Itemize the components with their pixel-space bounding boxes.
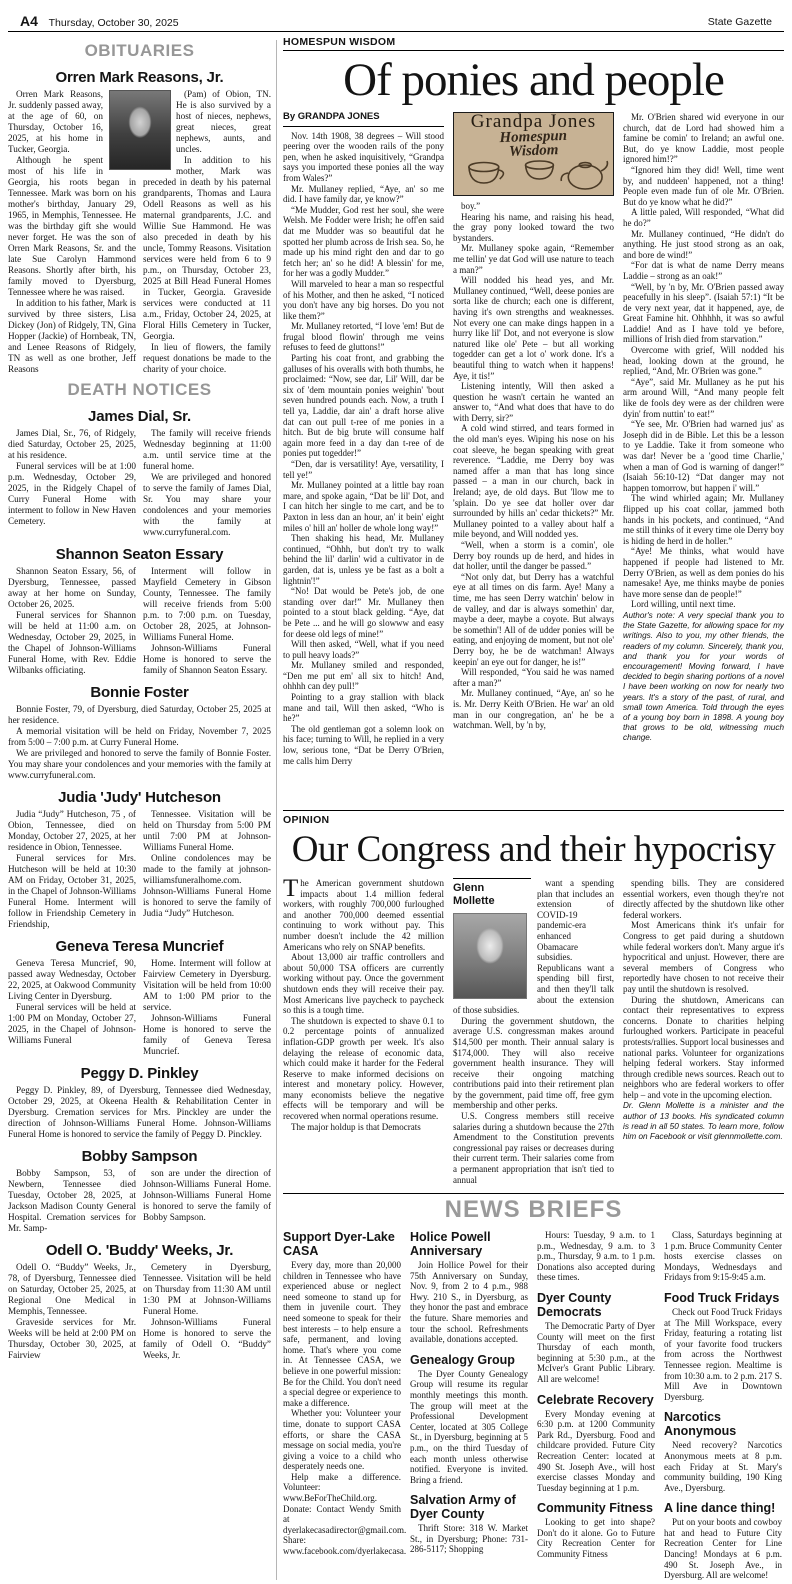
brief-item: Genealogy Group The Dyer County Genealog… [410,1353,528,1486]
paragraph: The American government shutdown impacts… [283,878,444,952]
paragraph: Mr. Mullaney retorted, “I love 'em! But … [283,321,444,353]
paragraph: Odell O. “Buddy” Weeks, Jr., 78, of Dyer… [8,1262,136,1317]
homespun-article: By GRANDPA JONES Nov. 14th 1908, 38 degr… [283,112,784,804]
opinion-article: The American government shutdown impacts… [283,878,784,1186]
opinion-text: spending bills. They are considered esse… [623,878,784,1100]
issue-date: Thursday, October 30, 2025 [49,17,179,29]
brief-item: A line dance thing! Put on your boots an… [664,1501,782,1581]
paragraph: Judia “Judy” Hutcheson, 75 , of Obion, T… [8,809,136,853]
paragraph: “Ye see, Mr. O'Brien had warned jus' as … [623,419,784,493]
news-briefs-section-title: NEWS BRIEFS [283,1196,784,1224]
brief-heading: Support Dyer-Lake CASA [283,1230,401,1258]
notice-odell-weeks: Odell O. 'Buddy' Weeks, Jr. Odell O. “Bu… [8,1242,271,1361]
byline-first-name: Glenn [453,882,484,894]
notice-text-column: James Dial, Sr., 76, of Ridgely, died Sa… [8,428,136,538]
notice-name: Judia 'Judy' Hutcheson [8,789,271,806]
paragraph: “Den, dar is versatility! Aye, versatili… [283,459,444,480]
brief-text: The Democratic Party of Dyer County will… [537,1321,655,1385]
paragraph: Will marveled to hear a man so respectfu… [283,279,444,321]
masthead-rule [8,31,784,32]
paragraph: A memorial visitation will be held on Fr… [8,726,271,748]
brief-item: Food Truck Fridays Check out Food Truck … [664,1291,782,1402]
paragraph: A little paled, Will responded, “What di… [623,207,784,228]
opinion-column-2: Glenn Mollette want a spending plan that… [453,878,614,1186]
homespun-text: Nov. 14th 1908, 38 degrees – Will stood … [283,131,444,767]
notice-text-column: Geneva Teresa Muncrief, 90, passed away … [8,958,136,1057]
brief-item: Holice Powell Anniversary Join Hollice P… [410,1230,528,1345]
paragraph: During the government shutdown, the aver… [453,1016,614,1111]
brief-item: Class, Saturdays beginning at 1 p.m. Bru… [664,1230,782,1283]
homespun-column-2: Grandpa Jones Homespun Wisdom boy.”Heari… [453,112,614,804]
brief-text: The Dyer County Genealogy Group will res… [410,1369,528,1486]
paragraph: Mr. Mullaney replied, “Aye, an' so me di… [283,184,444,205]
paragraph: “Aye! Me thinks, what would have happene… [623,546,784,599]
paragraph: Mr. O'Brien shared wid everyone in our c… [623,112,784,165]
brief-item: Community Fitness Looking to get into sh… [537,1501,655,1559]
paper-name: State Gazette [708,16,772,28]
paragraph: Every Monday evening at 6:30 p.m. at 120… [537,1409,655,1494]
obituary-orren-reasons: Orren Mark Reasons, Jr. Orren Mark Reaso… [8,69,271,375]
paragraph: “Not only dat, but Derry has a watchful … [453,572,614,667]
paragraph: Johnson-Williams Funeral Home is honored… [143,1317,271,1361]
paragraph: In addition to his mother, Mark was prec… [143,155,271,342]
paragraph: Check out Food Truck Fridays at The Mill… [664,1307,782,1402]
paragraph: During the shutdown, Americans can conta… [623,995,784,1101]
paragraph: Class, Saturdays beginning at 1 p.m. Bru… [664,1230,782,1283]
obituaries-section-title: OBITUARIES [8,41,271,61]
notice-name: Odell O. 'Buddy' Weeks, Jr. [8,1242,271,1259]
death-notices-section-title: DEATH NOTICES [8,380,271,400]
opinion-byline: Glenn Mollette [453,878,531,908]
main-content: HOMESPUN WISDOM Of ponies and people By … [283,36,784,1582]
paragraph: Listening intently, Will then asked a qu… [453,381,614,423]
notice-text-column: Bobby Sampson, 53, of Newbern, Tennessee… [8,1168,136,1234]
brief-heading: Food Truck Fridays [664,1291,782,1305]
brief-item: Hours: Tuesday, 9 a.m. to 1 p.m., Wednes… [537,1230,655,1283]
homespun-headline: Of ponies and people [283,54,784,106]
graphic-title: Grandpa Jones [454,117,613,128]
brief-heading: Holice Powell Anniversary [410,1230,528,1258]
paragraph: Parting his coat front, and grabbing the… [283,353,444,459]
paragraph: A cold wind stirred, and tears formed in… [453,423,614,540]
opinion-headline: Our Congress and their hypocrisy [283,829,784,871]
paragraph: We are privileged and honored to serve t… [143,472,271,538]
paragraph: Put on your boots and cowboy hat and hea… [664,1517,782,1581]
briefs-column-1: Support Dyer-Lake CASA Every day, more t… [283,1230,401,1582]
paragraph: Need recovery? Narcotics Anonymous meets… [664,1440,782,1493]
paragraph: “Me Mudder, God rest her soul, she were … [283,205,444,279]
paragraph: spending bills. They are considered esse… [623,878,784,920]
notice-name: Bobby Sampson [8,1148,271,1165]
paragraph: Most Americans think it's unfair for Con… [623,920,784,994]
paragraph: Lord willing, until next time. [623,599,784,610]
brief-text: Need recovery? Narcotics Anonymous meets… [664,1440,782,1493]
notice-geneva-muncrief: Geneva Teresa Muncrief Geneva Teresa Mun… [8,938,271,1057]
paragraph: Will then asked, “Well, what if you need… [283,639,444,660]
homespun-column-3: Mr. O'Brien shared wid everyone in our c… [623,112,784,804]
notice-text: Bonnie Foster, 79, of Dyersburg, died Sa… [8,704,271,781]
notice-text-column: Tennessee. Visitation will be held on Th… [143,809,271,930]
paragraph: Johnson-Williams Funeral Home is honored… [143,1013,271,1057]
notice-text-column: Home. Interment will follow at Fairview … [143,958,271,1057]
glenn-mollette-headshot-photo [453,913,527,999]
graphic-subtitle: Homespun Wisdom [454,127,614,161]
paragraph: The Dyer County Genealogy Group will res… [410,1369,528,1486]
paragraph: Home. Interment will follow at Fairview … [143,958,271,1013]
notice-text-column: Cemetery in Dyersburg, Tennessee. Visita… [143,1262,271,1361]
notice-text: Peggy D. Pinkley, 89, of Dyersburg, Tenn… [8,1085,271,1140]
paragraph: Every day, more than 20,000 children in … [283,1260,401,1408]
paragraph: Mr. Mullaney smiled and responded, “Den … [283,660,444,692]
paragraph: Mr. Mullaney spoke again, “Remember me t… [453,243,614,275]
graphic-subtitle-line2: Wisdom [509,142,559,160]
byline-last-name: Mollette [453,895,495,907]
brief-text: Check out Food Truck Fridays at The Mill… [664,1307,782,1402]
news-briefs: Support Dyer-Lake CASA Every day, more t… [283,1230,784,1582]
paragraph: Interment will follow in Mayfield Cemete… [143,566,271,643]
paragraph: Join Hollice Powel for their 75th Annive… [410,1260,528,1345]
masthead: A4 Thursday, October 30, 2025 State Gaze… [20,13,772,29]
brief-item: Celebrate Recovery Every Monday evening … [537,1393,655,1494]
paragraph: Graveside services for Mr. Weeks will be… [8,1317,136,1361]
paragraph: Geneva Teresa Muncrief, 90, passed away … [8,958,136,1002]
paragraph: Bonnie Foster, 79, of Dyersburg, died Sa… [8,704,271,726]
brief-heading: Community Fitness [537,1501,655,1515]
paragraph: Johnson-Williams Funeral Home is honored… [143,643,271,676]
brief-heading: Celebrate Recovery [537,1393,655,1407]
paragraph: The family will receive friends Wednesda… [143,428,271,472]
notice-shannon-essary: Shannon Seaton Essary Shannon Seaton Ess… [8,546,271,676]
paragraph: Overcome with grief, Will nodded his hea… [623,345,784,377]
brief-item: Narcotics Anonymous Need recovery? Narco… [664,1410,782,1493]
paragraph: “Well, by 'n by, Mr. O'Brien passed away… [623,282,784,346]
brief-text: Thrift Store: 318 W. Market St., in Dyer… [410,1523,528,1555]
section-rule [283,810,784,811]
opinion-column-1: The American government shutdown impacts… [283,878,444,1186]
brief-text: Looking to get into shape? Don't do it a… [537,1517,655,1559]
paragraph: The shutdown is expected to shave 0.1 to… [283,1016,444,1122]
brief-text: Hours: Tuesday, 9 a.m. to 1 p.m., Wednes… [537,1230,655,1283]
brief-item: Dyer County Democrats The Democratic Par… [537,1291,655,1385]
paragraph: Whether you: Volunteer your time, donate… [283,1408,401,1472]
brief-heading: Dyer County Democrats [537,1291,655,1319]
brief-heading: A line dance thing! [664,1501,782,1515]
briefs-column-3: Hours: Tuesday, 9 a.m. to 1 p.m., Wednes… [537,1230,655,1582]
notice-text-column: son are under the direction of Johnson-W… [143,1168,271,1234]
notice-text-column: Odell O. “Buddy” Weeks, Jr., 78, of Dyer… [8,1262,136,1361]
paragraph: We are privileged and honored to serve t… [8,748,271,781]
obituaries-column: OBITUARIES Orren Mark Reasons, Jr. Orren… [8,36,271,1361]
brief-heading: Salvation Army of Dyer County [410,1493,528,1521]
homespun-kicker: HOMESPUN WISDOM [283,36,784,51]
paragraph: boy.” [453,201,614,212]
notice-judia-hutcheson: Judia 'Judy' Hutcheson Judia “Judy” Hutc… [8,789,271,930]
homespun-byline: By GRANDPA JONES [283,112,444,127]
grandpa-jones-graphic: Grandpa Jones Homespun Wisdom [453,112,614,196]
homespun-text: Mr. O'Brien shared wid everyone in our c… [623,112,784,610]
brief-text: Put on your boots and cowboy hat and hea… [664,1517,782,1581]
notice-name: Shannon Seaton Essary [8,546,271,563]
page-number: A4 [20,13,38,29]
paragraph: Although he spent most of his life in Ge… [8,155,136,298]
notice-name: Peggy D. Pinkley [8,1065,271,1082]
paragraph: Nov. 14th 1908, 38 degrees – Will stood … [283,131,444,184]
paragraph: Cemetery in Dyersburg, Tennessee. Visita… [143,1262,271,1317]
brief-text: Every day, more than 20,000 children in … [283,1260,401,1557]
paragraph: son are under the direction of Johnson-W… [143,1168,271,1223]
notice-text-column: Judia “Judy” Hutcheson, 75 , of Obion, T… [8,809,136,930]
paragraph: In addition to his father, Mark is survi… [8,298,136,375]
paragraph: Then shaking his head, Mr. Mullaney cont… [283,533,444,586]
paragraph: In lieu of flowers, the family request d… [143,342,271,375]
paragraph: Help make a difference. Volunteer: www.B… [283,1472,401,1557]
paragraph: Online condolences may be made to the fa… [143,853,271,919]
briefs-column-2: Holice Powell Anniversary Join Hollice P… [410,1230,528,1582]
paragraph: Hearing his name, and raising his head, … [453,212,614,244]
paragraph: Peggy D. Pinkley, 89, of Dyersburg, Tenn… [8,1085,271,1140]
paragraph: Tennessee. Visitation will be held on Th… [143,809,271,853]
paragraph: The Democratic Party of Dyer County will… [537,1321,655,1385]
paragraph: U.S. Congress members still receive sala… [453,1111,614,1185]
notice-text-column: Shannon Seaton Essary, 56, of Dyersburg,… [8,566,136,676]
paragraph: Mr. Mullaney pointed at a little bay roa… [283,480,444,533]
paragraph: “Aye”, said Mr. Mullaney as he put his a… [623,377,784,419]
paragraph: The old gentleman got a solemn look on h… [283,724,444,766]
homespun-column-1: By GRANDPA JONES Nov. 14th 1908, 38 degr… [283,112,444,804]
brief-text: Join Hollice Powel for their 75th Annive… [410,1260,528,1345]
notice-text-column: The family will receive friends Wednesda… [143,428,271,538]
paragraph: The wind whirled again; Mr. Mullaney fli… [623,493,784,546]
briefs-column-4: Class, Saturdays beginning at 1 p.m. Bru… [664,1230,782,1582]
paragraph: “For dat is what de name Derry means Lad… [623,260,784,281]
authors-note: Author's note: A very special thank you … [623,611,784,744]
column-divider [276,40,277,1580]
notice-name: Geneva Teresa Muncrief [8,938,271,955]
paragraph: Mr. Mullaney continued, “Aye, an' so he … [453,688,614,730]
obituary-name: Orren Mark Reasons, Jr. [8,69,271,86]
notice-peggy-pinkley: Peggy D. Pinkley Peggy D. Pinkley, 89, o… [8,1065,271,1140]
homespun-text: boy.”Hearing his name, and raising his h… [453,201,614,731]
paragraph: Will responded, “You said he was named a… [453,667,614,688]
notice-james-dial: James Dial, Sr. James Dial, Sr., 76, of … [8,408,271,538]
section-rule [283,1193,784,1194]
paragraph: James Dial, Sr., 76, of Ridgely, died Sa… [8,428,136,461]
paragraph: Thrift Store: 318 W. Market St., in Dyer… [410,1523,528,1555]
paragraph: Bobby Sampson, 53, of Newbern, Tennessee… [8,1168,136,1234]
notice-text-column: Interment will follow in Mayfield Cemete… [143,566,271,676]
paragraph: Hours: Tuesday, 9 a.m. to 1 p.m., Wednes… [537,1230,655,1283]
brief-heading: Genealogy Group [410,1353,528,1367]
brief-text: Class, Saturdays beginning at 1 p.m. Bru… [664,1230,782,1283]
paragraph: Funeral services for Shannon will be hel… [8,610,136,676]
paragraph: Funeral services will be at 1:00 p.m. We… [8,461,136,527]
brief-item: Support Dyer-Lake CASA Every day, more t… [283,1230,401,1557]
brief-text: Every Monday evening at 6:30 p.m. at 120… [537,1409,655,1494]
opinion-byline-block: Glenn Mollette [453,878,531,999]
brief-heading: Narcotics Anonymous [664,1410,782,1438]
notice-name: Bonnie Foster [8,684,271,701]
paragraph: Funeral services will be held at 1:00 PM… [8,1002,136,1046]
opinion-column-3: spending bills. They are considered esse… [623,878,784,1186]
paragraph: “Well, when a storm is a comin', ole Der… [453,540,614,572]
paragraph: Mr. Mullaney continued, “He didn't do an… [623,229,784,261]
author-bio: Dr. Glenn Mollette is a minister and the… [623,1101,784,1142]
paragraph: Funeral services for Mrs. Hutcheson will… [8,853,136,930]
notice-bonnie-foster: Bonnie Foster Bonnie Foster, 79, of Dyer… [8,684,271,781]
paragraph: Shannon Seaton Essary, 56, of Dyersburg,… [8,566,136,610]
newspaper-page: A4 Thursday, October 30, 2025 State Gaze… [0,0,792,1584]
brief-item: Salvation Army of Dyer County Thrift Sto… [410,1493,528,1555]
paragraph: “No! Dat would be Pete's job, de one sta… [283,586,444,639]
paragraph: Pointing to a gray stallion with black m… [283,692,444,724]
paragraph: Looking to get into shape? Don't do it a… [537,1517,655,1559]
orren-reasons-portrait-photo [109,90,171,170]
paragraph: Will nodded his head yes, and Mr. Mullan… [453,275,614,381]
notice-name: James Dial, Sr. [8,408,271,425]
notice-bobby-sampson: Bobby Sampson Bobby Sampson, 53, of Newb… [8,1148,271,1234]
opinion-kicker: OPINION [283,814,784,828]
paragraph: About 13,000 air traffic controllers and… [283,952,444,1016]
paragraph: “Ignored him they did! Well, time went b… [623,165,784,207]
paragraph: The major holdup is that Democrats [283,1122,444,1133]
